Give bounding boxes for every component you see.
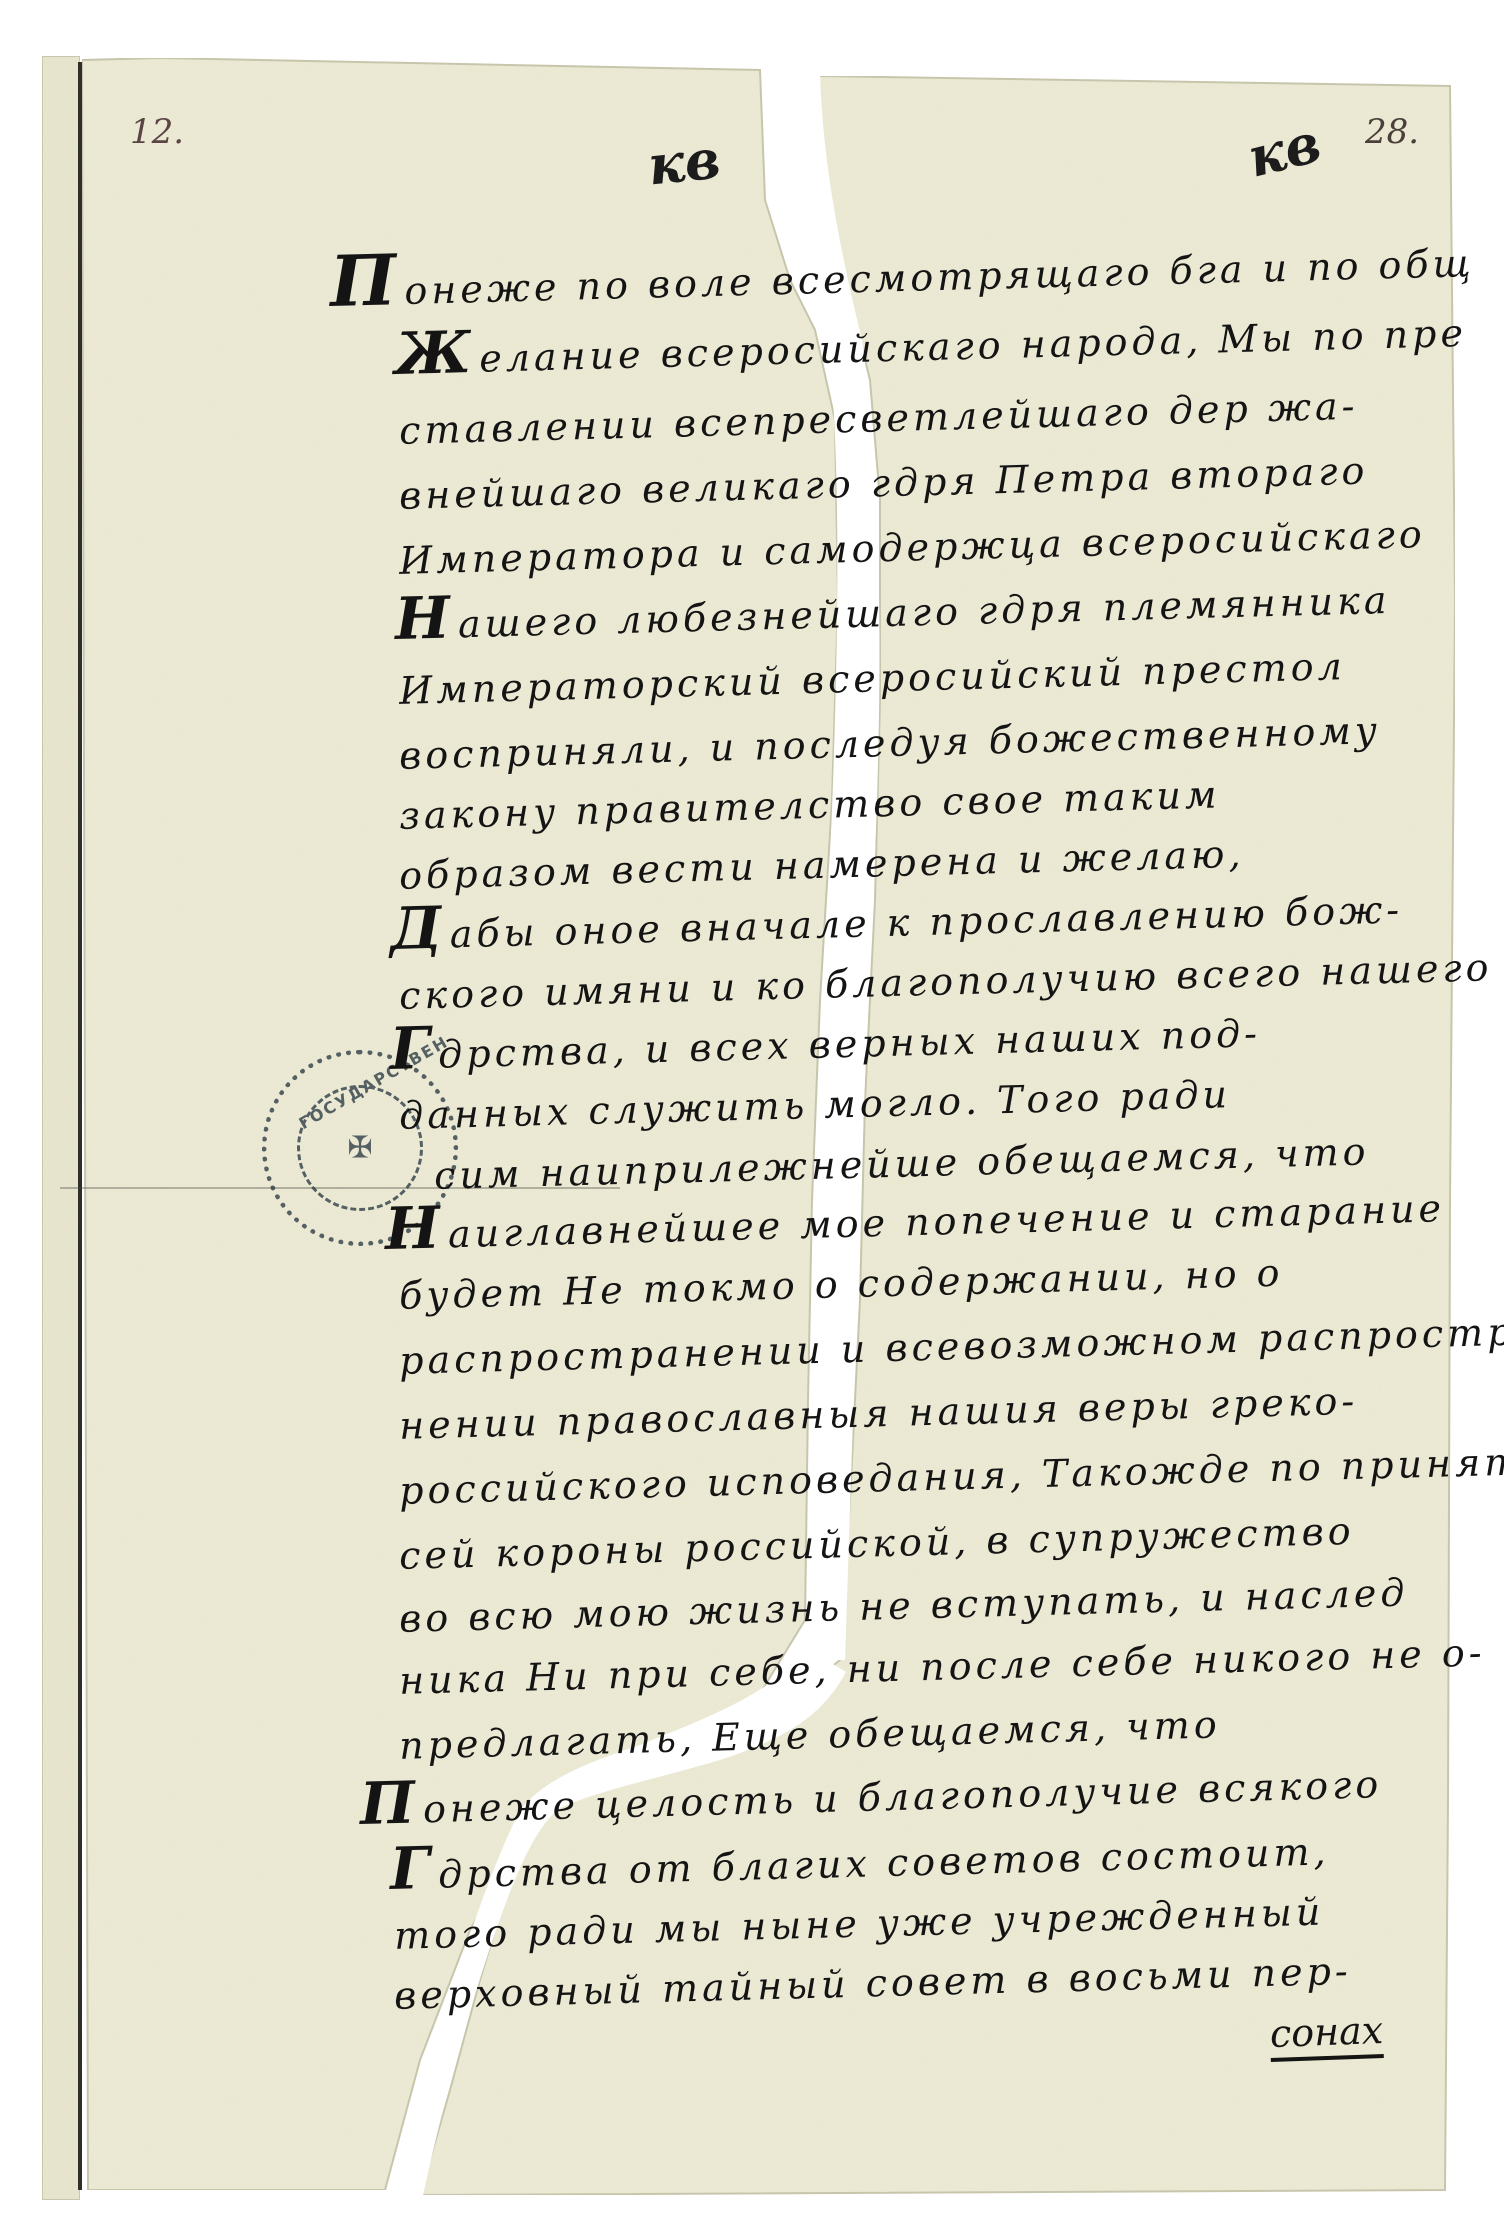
binding-strip — [42, 56, 80, 2200]
paper-fragments — [0, 0, 1504, 2235]
folio-number-right: 28. — [1365, 112, 1419, 152]
official-seal-stamp: ГОСУДАРСТВЕН ✠ — [262, 1050, 458, 1246]
catchword: сонах — [1269, 2008, 1384, 2062]
seal-emblem-icon: ✠ — [347, 1131, 372, 1166]
folio-number-left: 12. — [130, 112, 184, 152]
folio-mark-left: кв — [645, 126, 723, 197]
manuscript-page: 12. 28. кв кв ГОСУДАРСТВЕН ✠ Понеже по в… — [0, 0, 1504, 2235]
